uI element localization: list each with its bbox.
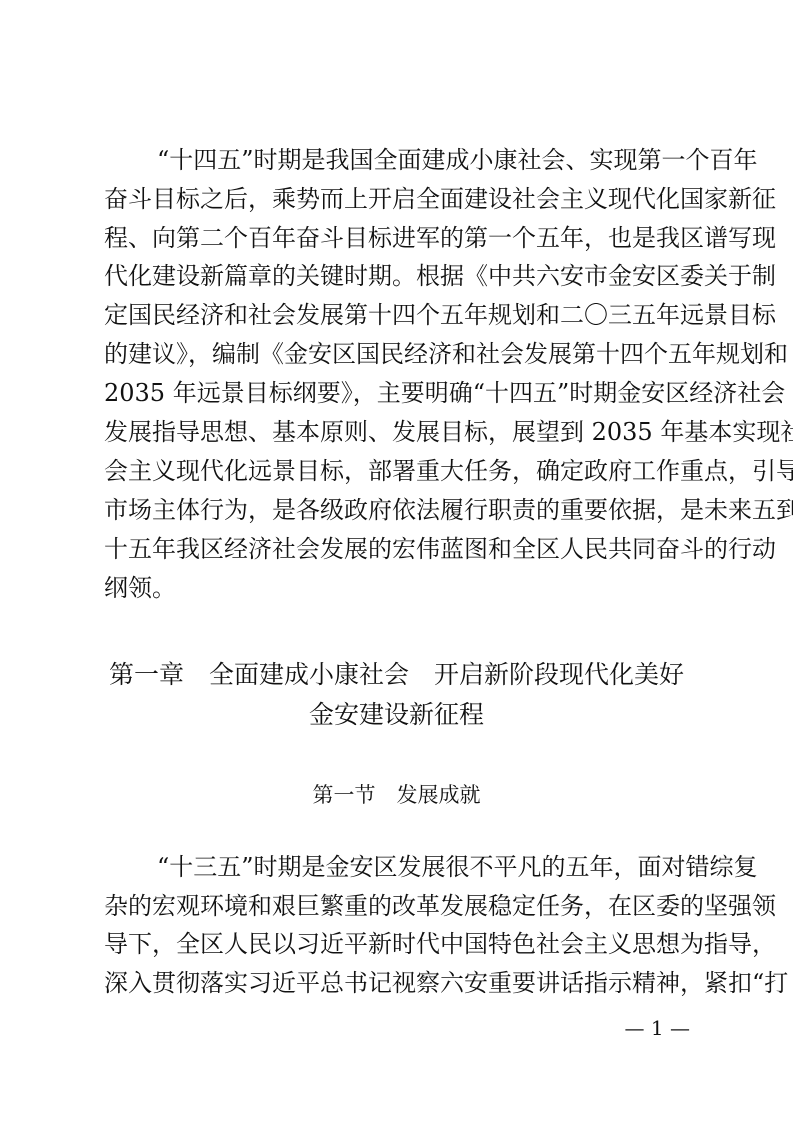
text-line: 杂的宏观环境和艰巨繁重的改革发展稳定任务，在区委的坚强领 [104,891,690,921]
text-line: “十四五”时期是我国全面建成小康社会、实现第一个百年 [157,145,690,175]
text-line: 市场主体行为，是各级政府依法履行职责的重要依据，是未来五到 [104,495,690,525]
text-line: 代化建设新篇章的关键时期。根据《中共六安市金安区委关于制 [104,261,690,291]
text-line: 奋斗目标之后，乘势而上开启全面建设社会主义现代化国家新征 [104,184,690,214]
text-line: 会主义现代化远景目标，部署重大任务，确定政府工作重点，引导 [104,456,690,486]
text-line: 纲领。 [104,573,690,603]
chapter-heading-line-2: 金安建设新征程 [0,699,793,731]
text-line: 十五年我区经济社会发展的宏伟蓝图和全区人民共同奋斗的行动 [104,534,690,564]
text-line: 定国民经济和社会发展第十四个五年规划和二〇三五年远景目标 [104,300,690,330]
text-line: 的建议》，编制《金安区国民经济和社会发展第十四个五年规划和 [104,339,690,369]
page-number: — 1 — [620,1015,690,1041]
text-line: “十三五”时期是金安区发展很不平凡的五年，面对错综复 [157,852,690,882]
text-line: 程、向第二个百年奋斗目标进军的第一个五年，也是我区谱写现 [104,223,690,253]
document-page: “十四五”时期是我国全面建成小康社会、实现第一个百年 奋斗目标之后，乘势而上开启… [0,0,793,1122]
text-line: 2035 年远景目标纲要》，主要明确“十四五”时期金安区经济社会 [104,378,690,408]
chapter-heading-line-1: 第一章 全面建成小康社会 开启新阶段现代化美好 [0,659,793,691]
text-line: 导下，全区人民以习近平新时代中国特色社会主义思想为指导， [104,929,690,959]
text-line: 发展指导思想、基本原则、发展目标，展望到 2035 年基本实现社 [104,417,690,447]
section-heading: 第一节 发展成就 [0,781,793,809]
text-line: 深入贯彻落实习近平总书记视察六安重要讲话指示精神，紧扣“打 [104,968,690,998]
